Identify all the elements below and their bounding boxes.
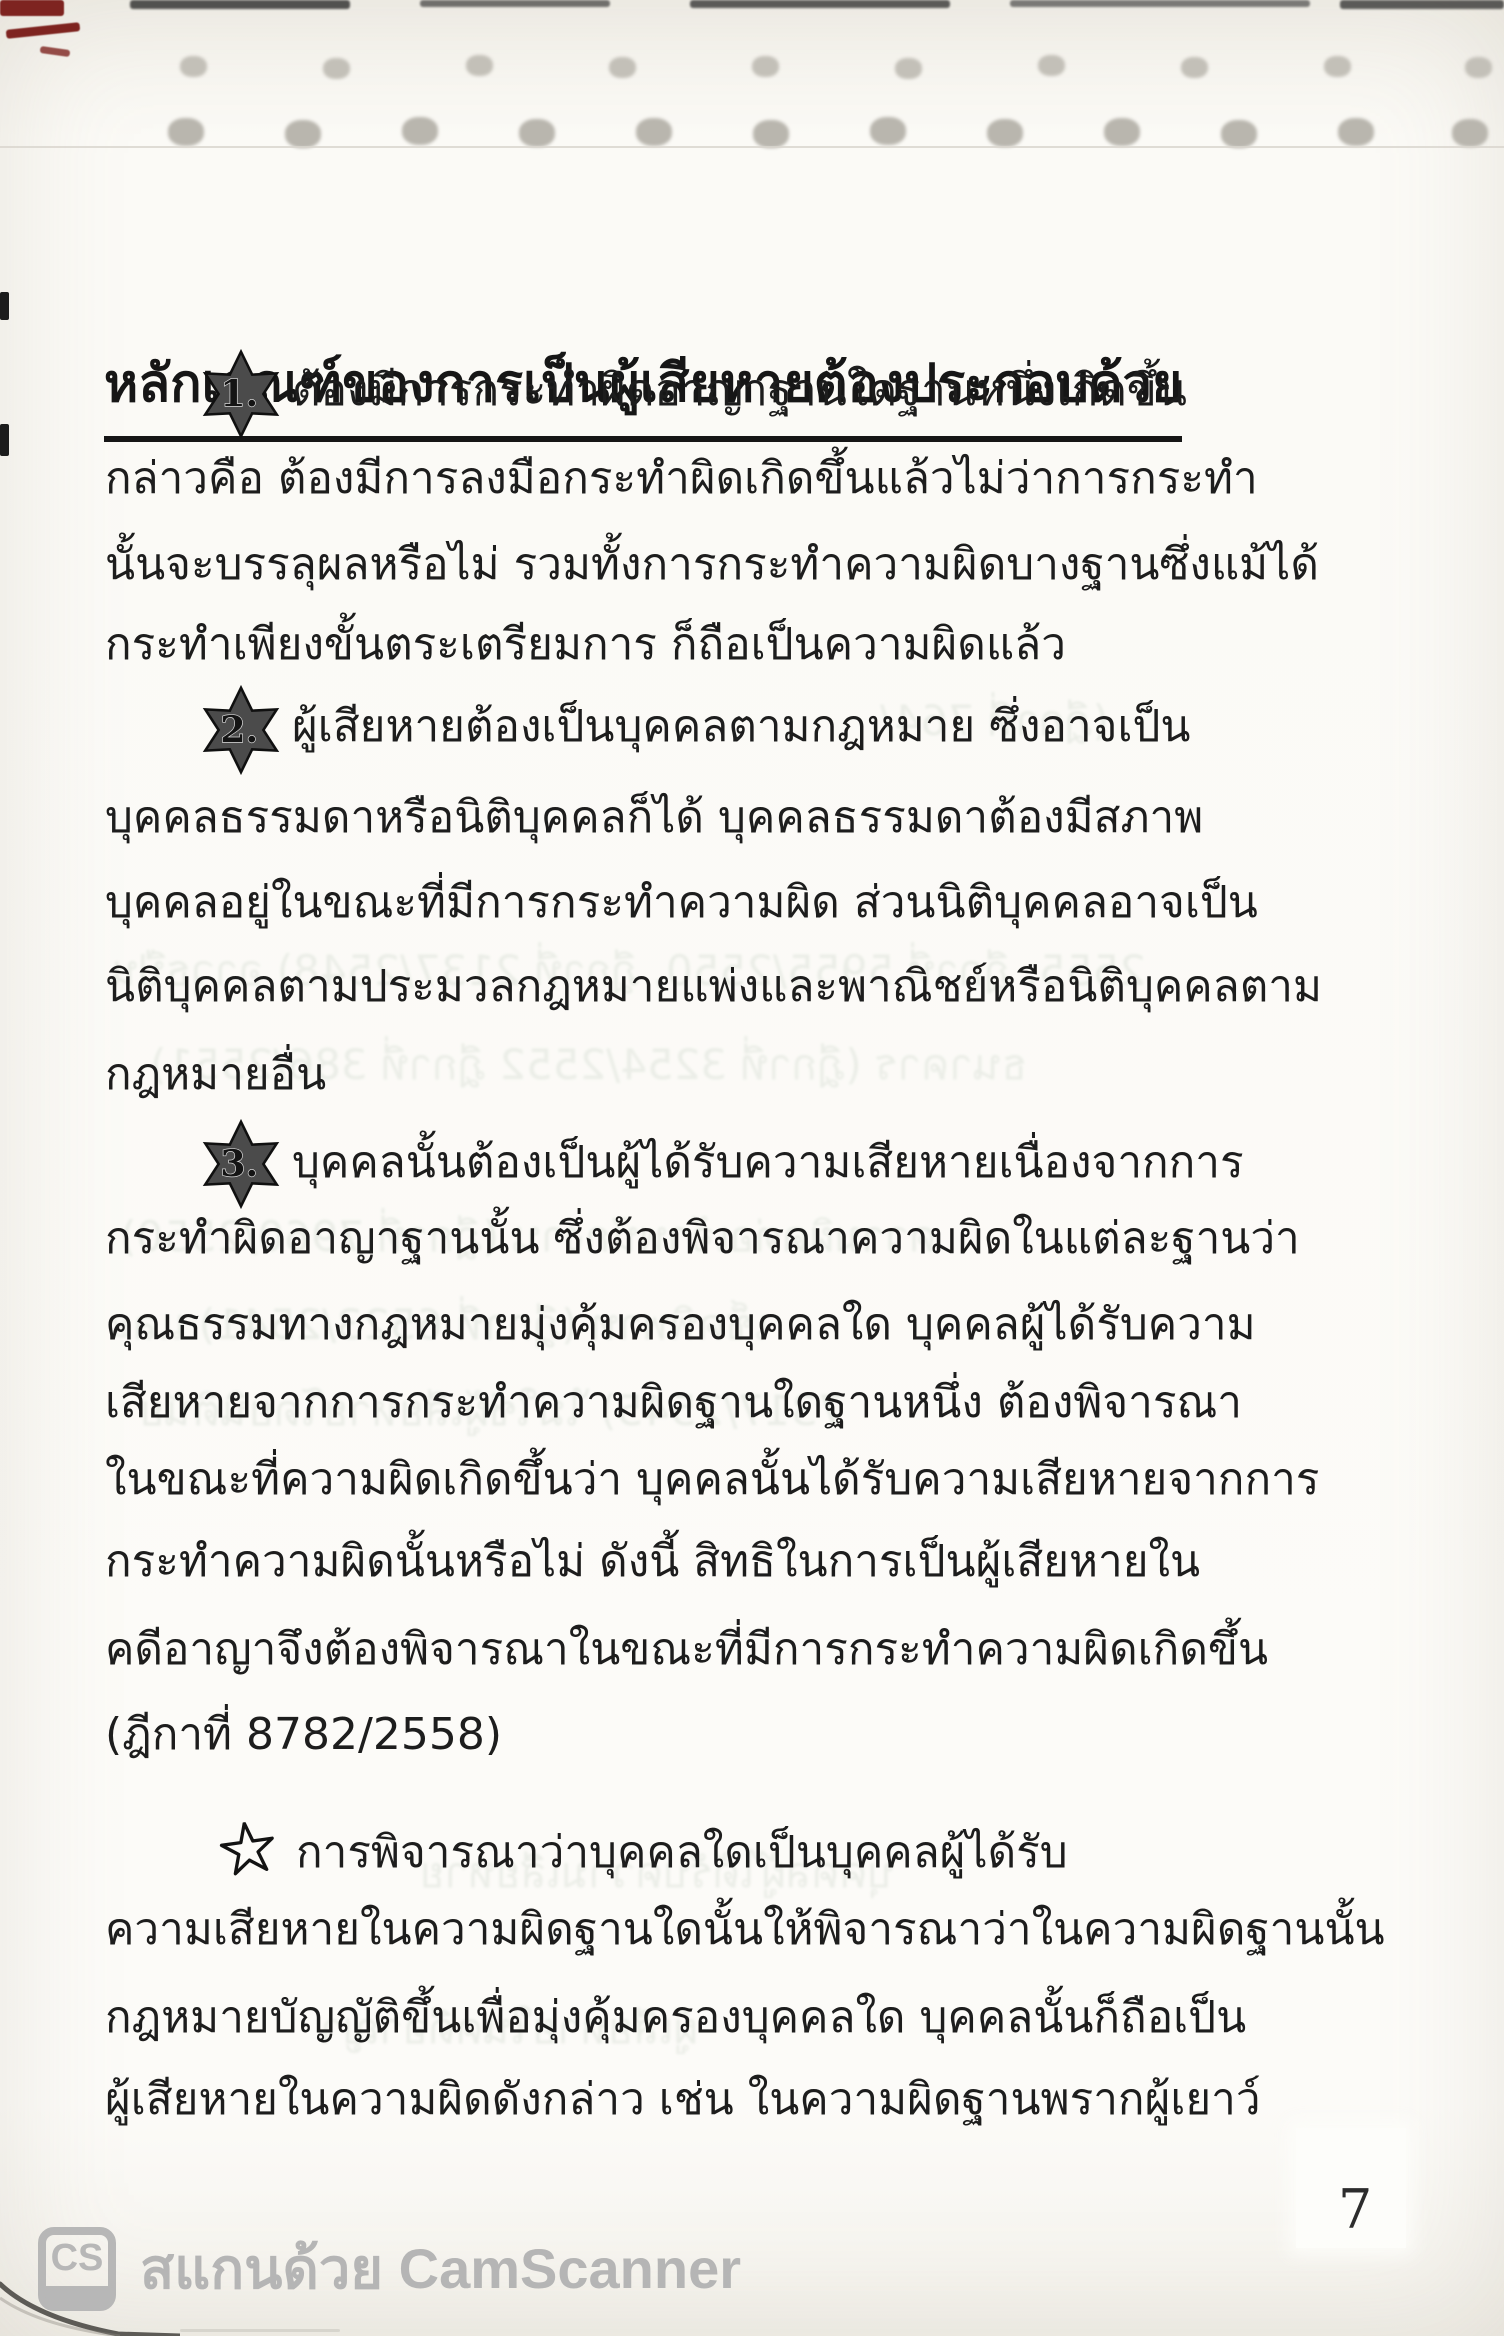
page-curl-shadow xyxy=(0,2276,180,2336)
scanned-document-page: (ฎีกาที่ 764/ 2555, ฎีกาที่ 5955/2550, ฎ… xyxy=(0,0,1504,2336)
svg-text:1.: 1. xyxy=(220,372,258,415)
red-pen-mark xyxy=(40,46,71,57)
scan-edge-artifact xyxy=(690,0,950,8)
text-line: กฎหมายบัญญัติขึ้นเพื่อมุ่งคุ้มครองบุคคลใ… xyxy=(105,1993,1246,2044)
text-line: บุคคลธรรมดาหรือนิติบุคคลก็ได้ บุคคลธรรมด… xyxy=(105,793,1203,844)
scan-edge-artifact xyxy=(130,0,350,9)
text-line: กฎหมายอื่น xyxy=(105,1050,326,1101)
text-line: ในขณะที่ความผิดเกิดขึ้นว่า บุคคลนั้นได้ร… xyxy=(105,1455,1319,1506)
scan-edge-artifact xyxy=(1010,0,1310,7)
text-line: (ฎีกาที่ 8782/2558) xyxy=(105,1710,502,1761)
text-line: ผู้เสียหายในความผิดดังกล่าว เช่น ในความผ… xyxy=(105,2075,1261,2126)
text-line: ความเสียหายในความผิดฐานใดนั้นให้พิจารณาว… xyxy=(105,1905,1385,1956)
svg-text:3.: 3. xyxy=(220,1142,258,1185)
scan-edge-artifact xyxy=(420,0,610,7)
scan-edge-artifact xyxy=(0,424,9,456)
binding-perforation-line xyxy=(0,146,1504,148)
text-line: คุณธรรมทางกฎหมายมุ่งคุ้มครองบุคคลใด บุคค… xyxy=(105,1300,1256,1351)
red-pen-mark xyxy=(6,22,81,39)
numbered-star-bullet-2-icon: 2. xyxy=(198,684,284,776)
scan-edge-artifact xyxy=(1340,0,1504,9)
text-line: การพิจารณาว่าบุคคลใดเป็นบุคคลผู้ได้รับ xyxy=(296,1828,1068,1879)
text-line: นั้นจะบรรลุผลหรือไม่ รวมทั้งการกระทำความ… xyxy=(105,540,1319,591)
numbered-star-bullet-3-icon: 3. xyxy=(198,1118,284,1210)
text-line: กระทำความผิดนั้นหรือไม่ ดังนี้ สิทธิในกา… xyxy=(105,1537,1200,1588)
text-line: นิติบุคคลตามประมวลกฎหมายแพ่งและพาณิชย์หร… xyxy=(105,962,1322,1013)
text-line: ผู้เสียหายต้องเป็นบุคคลตามกฎหมาย ซึ่งอาจ… xyxy=(292,702,1191,753)
camscanner-watermark-label: สแกนด้วย CamScanner xyxy=(140,2224,741,2313)
text-line: กล่าวคือ ต้องมีการลงมือกระทำผิดเกิดขึ้นแ… xyxy=(105,454,1258,505)
cs-badge-letters: CS xyxy=(51,2235,104,2281)
numbered-star-bullet-1-icon: 1. xyxy=(198,348,284,440)
page-number: 7 xyxy=(1338,2178,1372,2241)
svg-text:2.: 2. xyxy=(220,708,258,751)
text-line: ต้องมีการกระทำผิดอาญาฐานใดฐานหนึ่งเกิดขึ… xyxy=(292,366,1187,417)
text-line: เสียหายจากการกระทำความผิดฐานใดฐานหนึ่ง ต… xyxy=(105,1378,1242,1429)
red-pen-mark xyxy=(0,0,64,16)
scan-edge-artifact xyxy=(180,2329,340,2332)
text-line: คดีอาญาจึงต้องพิจารณาในขณะที่มีการกระทำค… xyxy=(105,1625,1268,1676)
outline-star-bullet-icon xyxy=(216,1818,279,1881)
text-line: กระทำผิดอาญาฐานนั้น ซึ่งต้องพิจารณาความผ… xyxy=(105,1214,1300,1265)
text-line: บุคคลนั้นต้องเป็นผู้ได้รับความเสียหายเนื… xyxy=(292,1138,1244,1189)
text-line: บุคคลอยู่ในขณะที่มีการกระทำความผิด ส่วนน… xyxy=(105,878,1258,929)
scan-edge-artifact xyxy=(0,292,9,320)
text-line: กระทำเพียงขั้นตระเตรียมการ ก็ถือเป็นความ… xyxy=(105,620,1066,671)
